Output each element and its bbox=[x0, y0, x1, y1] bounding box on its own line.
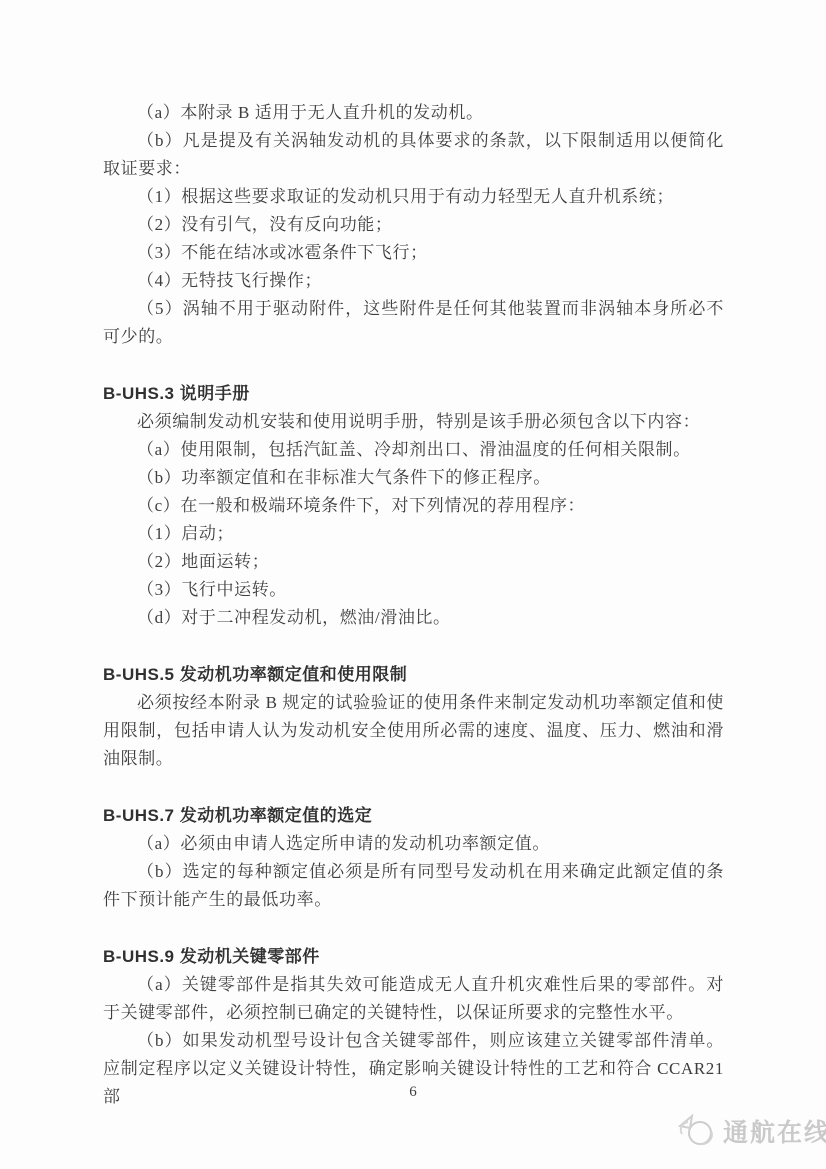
paragraph: （d）对于二冲程发动机，燃油/滑油比。 bbox=[103, 604, 724, 632]
paragraph: （b）凡是提及有关涡轴发动机的具体要求的条款，以下限制适用以便简化取证要求： bbox=[103, 127, 724, 183]
paragraph: （2）地面运转； bbox=[103, 548, 724, 576]
paragraph: （a）必须由申请人选定所申请的发动机功率额定值。 bbox=[103, 830, 724, 858]
paragraph: （a）关键零部件是指其失效可能造成无人直升机灾难性后果的零部件。对于关键零部件，… bbox=[103, 971, 724, 1027]
paragraph: 必须按经本附录 B 规定的试验验证的使用条件来制定发动机功率额定值和使用限制，包… bbox=[103, 689, 724, 773]
paragraph: （a）使用限制，包括汽缸盖、冷却剂出口、滑油温度的任何相关限制。 bbox=[103, 436, 724, 464]
section-applicability: （a）本附录 B 适用于无人直升机的发动机。 （b）凡是提及有关涡轴发动机的具体… bbox=[103, 99, 724, 351]
section-b-uhs-7: B-UHS.7 发动机功率额定值的选定 （a）必须由申请人选定所申请的发动机功率… bbox=[103, 802, 724, 914]
watermark-text: 通航在线 bbox=[723, 1113, 826, 1149]
paragraph: （4）无特技飞行操作； bbox=[103, 267, 724, 295]
section-heading: B-UHS.9 发动机关键零部件 bbox=[103, 943, 724, 971]
document-body: （a）本附录 B 适用于无人直升机的发动机。 （b）凡是提及有关涡轴发动机的具体… bbox=[103, 99, 724, 1111]
watermark: 通航在线 bbox=[676, 1112, 826, 1150]
ga-online-logo-icon bbox=[676, 1112, 718, 1150]
paragraph: （c）在一般和极端环境条件下，对下列情况的荐用程序： bbox=[103, 492, 724, 520]
section-heading: B-UHS.5 发动机功率额定值和使用限制 bbox=[103, 661, 724, 689]
paragraph: 必须编制发动机安装和使用说明手册，特别是该手册必须包含以下内容： bbox=[103, 408, 724, 436]
document-page: （a）本附录 B 适用于无人直升机的发动机。 （b）凡是提及有关涡轴发动机的具体… bbox=[0, 0, 826, 1169]
paragraph: （1）启动； bbox=[103, 520, 724, 548]
section-b-uhs-5: B-UHS.5 发动机功率额定值和使用限制 必须按经本附录 B 规定的试验验证的… bbox=[103, 661, 724, 773]
paragraph: （a）本附录 B 适用于无人直升机的发动机。 bbox=[103, 99, 724, 127]
paragraph: （3）飞行中运转。 bbox=[103, 576, 724, 604]
paragraph: （1）根据这些要求取证的发动机只用于有动力轻型无人直升机系统； bbox=[103, 183, 724, 211]
section-b-uhs-3: B-UHS.3 说明手册 必须编制发动机安装和使用说明手册，特别是该手册必须包含… bbox=[103, 380, 724, 632]
section-heading: B-UHS.7 发动机功率额定值的选定 bbox=[103, 802, 724, 830]
paragraph: （b）选定的每种额定值必须是所有同型号发动机在用来确定此额定值的条件下预计能产生… bbox=[103, 858, 724, 914]
paragraph: （b）功率额定值和在非标准大气条件下的修正程序。 bbox=[103, 464, 724, 492]
paragraph: （3）不能在结冰或冰雹条件下飞行； bbox=[103, 239, 724, 267]
paragraph: （2）没有引气，没有反向功能； bbox=[103, 211, 724, 239]
paragraph: （5）涡轴不用于驱动附件，这些附件是任何其他装置而非涡轴本身所必不可少的。 bbox=[103, 295, 724, 351]
page-number: 6 bbox=[0, 1082, 826, 1102]
section-heading: B-UHS.3 说明手册 bbox=[103, 380, 724, 408]
